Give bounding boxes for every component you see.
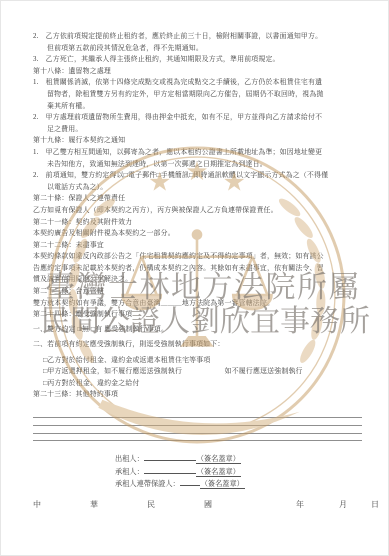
contract-line: □乙方對於給付租金、違約金或返還本租賃住宅等事項 [33,355,362,367]
contract-line: 第十九條：履行本契約之通知 [33,135,362,147]
date-char: 日 [371,499,379,510]
contract-line: 以電話方式為之）。 [33,182,362,194]
signature-row: 出租人：（簽名蓋章） [115,453,362,466]
contract-line: □丙方對於租金、違約金之給付 [33,378,362,390]
contract-line: 本契約條款如違反內政部公告之「住宅租賃契約應約定及不得約定事項」者，無效；如有該… [33,251,362,263]
signature-seal-note: （簽名蓋章） [196,468,241,477]
contract-line: □甲方返還押租金，如不履行應逕送強制執行 如不履行應逕送強制執行 [33,366,362,378]
contract-line: 第二十一條：契約及其附件效力 [33,217,362,229]
date-char: 國 [204,499,212,510]
contract-line: 2. 乙方依前項規定提前終止租約者，應於終止前三十日，檢附相關事證，以書面通知甲… [33,31,362,43]
contract-line: 告應約定事項未記載於本契約者，仍構成本契約之內容。其餘如有未盡事宜，依有關法令、… [33,263,362,275]
contract-line: 但前項第五款前段其情況危急者，得不先期通知。 [33,43,362,55]
contract-line: 第二十三條：其他特約事項 [33,389,362,401]
signature-blank-line [180,478,200,486]
contract-line: 乙方如覓有保證人（即本契約之丙方），丙方與被保證人乙方負連帶保證責任。 [33,205,362,217]
contract-line: 棄其所有權。 [33,101,362,113]
contract-line: 本契約廣告及相關附件視為本契約之一部分。 [33,228,362,240]
contract-line: 足之費用。 [33,124,362,136]
ruled-line [33,425,362,426]
contract-line: 第十八條：遺留物之處理 [33,66,362,78]
contract-line: 第二十三條：合意管轄 [33,286,362,298]
contract-line: 3. 乙方死亡，其繼承人得主張終止租約，其通知期限及方式，準用前項規定。 [33,54,362,66]
contract-line: 慣及誠實信用原則公平解決之。 [33,274,362,286]
contract-line: 第二十條：保證人之連帶責任 [33,193,362,205]
date-char: 月 [339,499,347,510]
contract-line: 雙方就本契約如有爭議，雙方合意由臺灣＿＿＿地方法院為第一審管轄法院。 [33,298,362,310]
roc-date-line: 中 華 民 國 年 月 日 [33,499,362,511]
contract-line: 二、若前項有約定應受強制執行，則逕受強制執行事項如下： [33,339,362,351]
contract-page: 2. 乙方依前項規定提前終止租約者，應於終止前三十日，檢附相關事證，以書面通知甲… [0,0,389,556]
special-terms-writing-lines [33,417,362,441]
signature-seal-note: （簽名蓋章） [200,480,245,489]
date-char: 中 [33,499,41,510]
ruled-line [33,433,362,434]
contract-body: 2. 乙方依前項規定提前終止租約者，應於終止前三十日，檢附相關事證，以書面通知甲… [33,31,362,511]
signature-label: 出租人： [115,455,144,463]
contract-line: 第二十四條：應受強制執行事項 [33,309,362,321]
signature-label: 承租人連帶保證人： [115,480,180,488]
contract-line: 第二十二條：未盡事宜 [33,240,362,252]
signature-label: 承租人： [115,468,144,476]
signature-seal-note: （簽名蓋章） [196,455,241,464]
ruled-line [33,440,362,441]
signature-row: 承租人連帶保證人：（簽名蓋章） [115,478,362,491]
contract-lines: 2. 乙方依前項規定提前終止租約者，應於終止前三十日，檢附相關事證，以書面通知甲… [33,31,362,401]
contract-line: 一、雙方約定 □無 □有 應受強制執行事項。 [33,324,362,336]
contract-line: 留物者，除租賃雙方另有約定外，甲方定相當期限向乙方催告，屆期仍不取回時，視為拋 [33,89,362,101]
date-char: 華 [90,499,98,510]
contract-line: 2. 甲方處理前項遺留物所生費用，得由押金中抵充，如有不足，甲方並得向乙方請求給… [33,112,362,124]
signature-blank-line [144,453,196,461]
contract-line: 1. 甲乙雙方相互間通知，以郵寄為之者，應以本租約公證書上所載地址為準；如因地址… [33,147,362,159]
signature-row: 承租人：（簽名蓋章） [115,466,362,479]
signature-blank-line [144,466,196,474]
ruled-line [33,417,362,418]
signature-block: 出租人：（簽名蓋章） 承租人：（簽名蓋章） 承租人連帶保證人：（簽名蓋章） [33,453,362,491]
date-char: 民 [147,499,155,510]
contract-line: 未告知他方，致通知無法到達時，以第一次郵遞之日期推定為到達日。 [33,159,362,171]
contract-line: 1. 租賃關係消滅，依第十四條完成點交或視為完成點交之手續後，乙方仍於本租賃住宅… [33,77,362,89]
contract-line: 2. 前項通知，雙方約定得以□電子郵件□手機簡訊□即時通訊軟體以文字顯示方式為之… [33,170,362,182]
date-char: 年 [296,499,304,510]
